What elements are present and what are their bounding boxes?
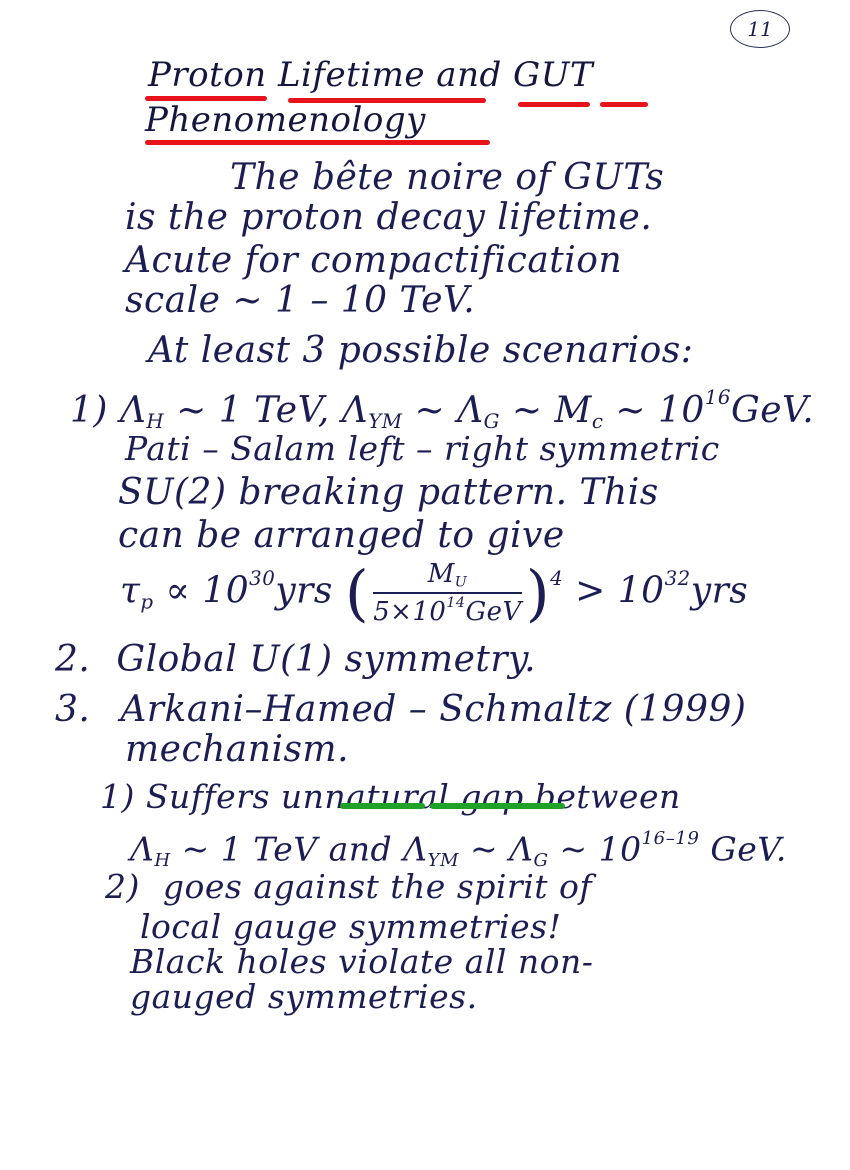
text: GeV. bbox=[731, 390, 814, 431]
critique-2-line-2: local gauge symmetries! bbox=[140, 910, 561, 943]
intro-line-4: scale ~ 1 – 10 TeV. bbox=[125, 283, 475, 319]
subscript: U bbox=[455, 574, 468, 590]
intro-line-3: Acute for compactification bbox=[125, 243, 622, 279]
text: yrs bbox=[275, 571, 333, 612]
scenario-1-line-2: Pati – Salam left – right symmetric bbox=[125, 432, 720, 465]
lambda-symbol: Λ bbox=[130, 829, 154, 868]
text: yrs bbox=[691, 571, 749, 612]
scenario-3-line-1: 3. Arkani–Hamed – Schmaltz (1999) bbox=[55, 692, 746, 728]
text: ~ Λ bbox=[459, 829, 533, 868]
critique-1-marker: 1) bbox=[100, 777, 135, 816]
subscript: p bbox=[140, 591, 153, 614]
fraction: MU5×1014GeV bbox=[373, 562, 522, 625]
scenario-3-marker: 3. bbox=[55, 689, 90, 730]
tau-symbol: τ bbox=[120, 571, 140, 612]
exponent: 4 bbox=[550, 567, 563, 590]
scenario-2-marker: 2. bbox=[55, 639, 90, 680]
close-paren: ) bbox=[526, 558, 550, 629]
title-underline-gut bbox=[600, 102, 648, 107]
critique-2-line-1: 2) goes against the spirit of bbox=[105, 870, 592, 903]
page-number-text: 11 bbox=[747, 17, 772, 41]
scenario-1-marker: 1) bbox=[70, 390, 108, 431]
lambda-symbol: Λ bbox=[120, 390, 147, 431]
critique-1-line-2: ΛH ~ 1 TeV and ΛYM ~ ΛG ~ 1016–19 GeV. bbox=[130, 830, 787, 870]
open-paren: ( bbox=[345, 558, 369, 629]
denominator: 5×1014GeV bbox=[373, 594, 522, 626]
exponent: 16 bbox=[705, 386, 731, 409]
title-underline-phenomenology bbox=[145, 140, 490, 145]
text: M bbox=[428, 559, 455, 589]
text: gap between bbox=[449, 777, 680, 816]
critique-2-line-4: gauged symmetries. bbox=[130, 980, 478, 1013]
scenario-3-line-2: mechanism. bbox=[125, 732, 349, 768]
exponent: 16–19 bbox=[642, 828, 700, 849]
text: ∝ 10 bbox=[154, 571, 250, 612]
text: goes against the spirit of bbox=[163, 867, 592, 906]
page-number: 11 bbox=[730, 10, 790, 48]
scenario-2: 2. Global U(1) symmetry. bbox=[55, 642, 536, 678]
intro-line-1: The bête noire of GUTs bbox=[230, 160, 664, 196]
text: ~ M bbox=[500, 390, 592, 431]
title-underline-and bbox=[518, 102, 590, 107]
text: ~ 10 bbox=[549, 829, 642, 868]
green-underline-1 bbox=[340, 803, 425, 809]
numerator: MU bbox=[373, 562, 522, 594]
exponent: 32 bbox=[665, 567, 691, 590]
highlighted-word-unnatural: unnatural bbox=[281, 777, 449, 816]
intro-line-2: is the proton decay lifetime. bbox=[125, 200, 652, 236]
text: 5×10 bbox=[373, 596, 446, 626]
text: GeV. bbox=[699, 829, 786, 868]
title-line-1: Proton Lifetime and GUT bbox=[148, 58, 593, 92]
exponent: 14 bbox=[446, 595, 465, 611]
text: ~ 1 TeV and Λ bbox=[171, 829, 428, 868]
critique-2-marker: 2) bbox=[105, 867, 140, 906]
text: Arkani–Hamed – Schmaltz (1999) bbox=[120, 689, 746, 730]
text: > 10 bbox=[563, 571, 664, 612]
scenario-2-text: Global U(1) symmetry. bbox=[116, 639, 536, 680]
scenario-1-line-1: 1) ΛH ~ 1 TeV, ΛYM ~ ΛG ~ Mc ~ 1016GeV. bbox=[70, 388, 814, 432]
handwritten-note-page: 11 Proton Lifetime and GUT Phenomenology… bbox=[0, 0, 850, 1170]
scenario-1-line-3: SU(2) breaking pattern. This bbox=[118, 475, 659, 511]
text: ~ Λ bbox=[403, 390, 484, 431]
title-line-2: Phenomenology bbox=[145, 103, 426, 137]
text: Suffers bbox=[146, 777, 281, 816]
text: ~ 1 TeV, Λ bbox=[164, 390, 368, 431]
scenarios-heading: At least 3 possible scenarios: bbox=[148, 333, 693, 369]
scenario-1-line-4: can be arranged to give bbox=[118, 518, 565, 554]
proton-lifetime-formula: τp ∝ 1030yrs (MU5×1014GeV)4 > 1032yrs bbox=[120, 562, 748, 625]
exponent: 30 bbox=[249, 567, 275, 590]
green-underline-2 bbox=[430, 803, 565, 809]
text: GeV bbox=[465, 596, 521, 626]
text: ~ 10 bbox=[603, 390, 704, 431]
critique-2-line-3: Black holes violate all non- bbox=[130, 945, 593, 978]
